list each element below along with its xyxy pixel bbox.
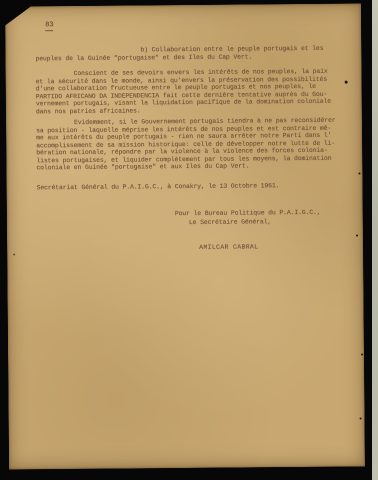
signature-line-1: Pour le Bureau Politique du P.A.I.G.C.,: [175, 209, 321, 218]
scan-speck: [361, 353, 363, 355]
scan-speck: [345, 81, 348, 84]
paragraph-2-line: coloniale en Guinée "portugaise" et aux …: [36, 162, 336, 172]
heading-line-1: b) Collaboration entre le peuple portuga…: [140, 45, 323, 54]
paragraph-1: Conscient de ses devoirs envers les inté…: [36, 68, 331, 116]
signature-name: AMILCAR CABRAL: [199, 243, 258, 251]
paragraph-2: Evidemment, si le Gouvernement portugais…: [36, 117, 336, 172]
page-number: 83: [45, 22, 53, 31]
scan-speck: [360, 417, 362, 419]
dateline: Secrétariat Général du P.A.I.G.C., à Con…: [37, 182, 280, 192]
heading-line-2: peuples de la Guinée "portugaise" et des…: [35, 53, 252, 62]
scanned-document-frame: 83 b) Collaboration entre le peuple port…: [0, 0, 378, 480]
scanner-bed-edge: [372, 0, 378, 480]
signature-line-2: Le Secrétaire Général,: [189, 218, 271, 226]
scan-speck: [358, 172, 360, 174]
scan-speck: [356, 234, 358, 236]
scan-speck: [13, 253, 15, 255]
document-page: 83 b) Collaboration entre le peuple port…: [5, 3, 365, 469]
